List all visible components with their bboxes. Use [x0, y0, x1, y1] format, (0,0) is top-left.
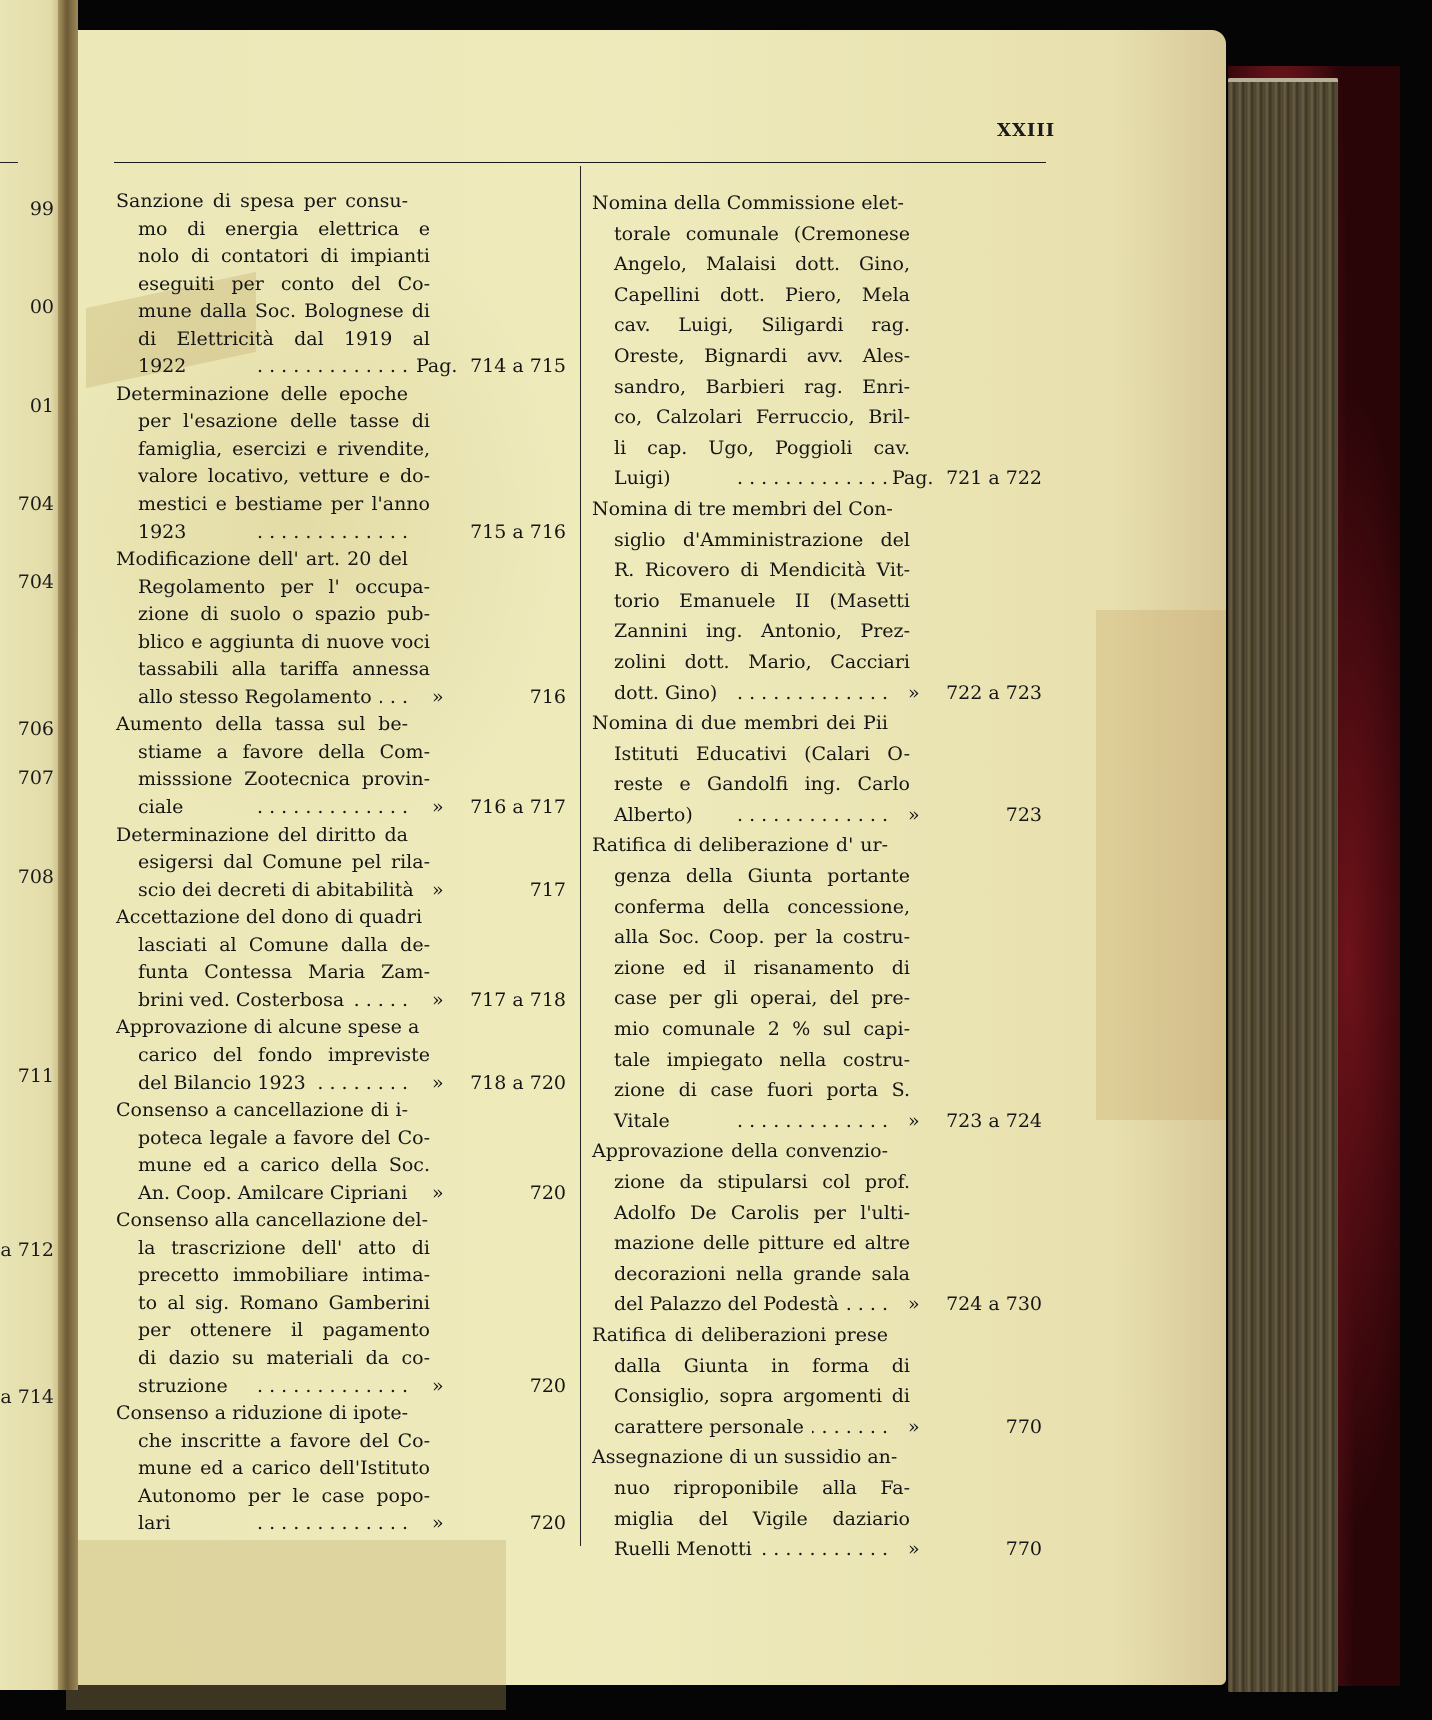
entry-text-line: ciale [116, 794, 191, 822]
previous-page-rule [0, 162, 18, 163]
page-reference: »770 [892, 1534, 1042, 1565]
dot-leader: . . . . . . . . . . . . . [847, 1289, 888, 1320]
entry-text-line: Approvazione della convenzio- [592, 1136, 888, 1167]
entry-text-line: Ruelli Menotti [592, 1534, 760, 1565]
previous-page-ref: 711 [18, 1065, 54, 1087]
index-entry: Aumento della tassa sul be-stiame a favo… [116, 711, 430, 821]
ditto-mark: » [908, 800, 920, 831]
entry-text-line: zione di suolo o spazio pub- [116, 601, 430, 629]
ditto-mark: » [432, 1180, 444, 1208]
index-entry: Consenso alla cancellazione del-la trasc… [116, 1207, 430, 1400]
entry-text-line: mazione delle pitture ed altre [592, 1228, 910, 1259]
page-reference: »717 a 718 [416, 987, 566, 1015]
entry-text-line: co, Calzolari Ferruccio, Bril- [592, 402, 910, 433]
entry-text-line: per l'esazione delle tasse di [116, 408, 430, 436]
entry-text-line: zione di case fuori porta S. [592, 1075, 910, 1106]
page-block-edge [1228, 78, 1338, 1692]
page-reference: »720 [416, 1510, 566, 1538]
entry-text-line: Alberto) [592, 800, 701, 831]
previous-page-ref: 00 [30, 296, 54, 318]
entry-text-line: Capellini dott. Piero, Mela [592, 280, 910, 311]
page-range: 720 [530, 1510, 566, 1538]
index-entry: Approvazione della convenzio-zione da st… [592, 1136, 910, 1320]
index-entry: Consenso a cancellazione di i-poteca leg… [116, 1097, 430, 1207]
entry-text-line: decorazioni nella grande sala [592, 1259, 910, 1290]
entry-text-line: tassabili alla tariffa annessa [116, 656, 430, 684]
entry-text-line: case per gli operai, del pre- [592, 983, 910, 1014]
entry-text-line: genza della Giunta portante [592, 861, 910, 892]
index-entry: Determinazione del diritto daesigersi da… [116, 822, 430, 905]
entry-text-line: dalla Giunta in forma di [592, 1351, 910, 1382]
page-reference: Pag.714 a 715 [416, 353, 566, 381]
entry-text-line: Ratifica di deliberazioni prese [592, 1320, 888, 1351]
page-range: 717 [530, 877, 566, 905]
dot-leader: . . . . . . . . . . . . . [194, 519, 408, 547]
dot-leader: . . . . . . . . . . . . . [191, 794, 408, 822]
entry-text-line: precetto immobiliare intima- [116, 1262, 430, 1290]
entry-text-line: 1923 [116, 519, 194, 547]
entry-text-line: Consenso a riduzione di ipote- [116, 1400, 408, 1428]
index-entry: Accettazione del dono di quadrilasciati … [116, 904, 430, 1014]
dot-leader: . . . . . . . . . . . . . [314, 1070, 408, 1098]
entry-text-line: mio comunale 2 % sul capi- [592, 1014, 910, 1045]
page-range: 722 a 723 [946, 678, 1042, 709]
entry-text-line: esigersi dal Comune pel rila- [116, 849, 430, 877]
page-range: 716 [530, 684, 566, 712]
entry-text-line: dott. Gino) [592, 678, 725, 709]
entry-text-line: tale impiegato nella costru- [592, 1045, 910, 1076]
entry-text-line: 1922 [116, 353, 194, 381]
index-entry: Nomina di due membri dei PiiIstituti Edu… [592, 708, 910, 830]
entry-text-line: Aumento della tassa sul be- [116, 711, 408, 739]
previous-page-ref: 01 [30, 395, 54, 417]
ditto-mark: » [432, 1070, 444, 1098]
index-column-left: Sanzione di spesa per consu-mo di energi… [116, 188, 430, 1538]
previous-page-ref: 708 [18, 866, 54, 888]
page-reference: »722 a 723 [892, 678, 1042, 709]
page-range: 716 a 717 [470, 794, 566, 822]
entry-text-line: to al sig. Romano Gamberini [116, 1290, 430, 1318]
ditto-mark: » [908, 1534, 920, 1565]
entry-text-line: Assegnazione di un sussidio an- [592, 1442, 888, 1473]
ditto-mark: » [432, 1373, 444, 1401]
index-entry: Nomina di tre membri del Con-siglio d'Am… [592, 494, 910, 708]
previous-page-ref: 704 [18, 571, 54, 593]
header-rule [114, 162, 1046, 163]
entry-text-line: Determinazione del diritto da [116, 822, 408, 850]
entry-text-line: Ratifica di deliberazione d' ur- [592, 830, 888, 861]
index-entry: Determinazione delle epocheper l'esazion… [116, 381, 430, 546]
entry-text-line: Nomina della Commissione elet- [592, 188, 888, 219]
previous-page-ref: 99 [30, 198, 54, 220]
page-reference: 715 a 716 [416, 519, 566, 547]
entry-text-line: li cap. Ugo, Poggioli cav. [592, 433, 910, 464]
entry-text-line: mo di energia elettrica e [116, 216, 430, 244]
entry-text-line: Oreste, Bignardi avv. Ales- [592, 341, 910, 372]
entry-text-line: Sanzione di spesa per consu- [116, 188, 408, 216]
book-gutter [58, 0, 78, 1690]
ditto-mark: » [432, 987, 444, 1015]
entry-text-line: mune ed a carico della Soc. [116, 1152, 430, 1180]
entry-text-line: Zannini ing. Antonio, Prez- [592, 616, 910, 647]
entry-text-line: An. Coop. Amilcare Cipriani [116, 1180, 416, 1208]
column-divider [580, 166, 581, 1546]
entry-text-line: conferma della concessione, [592, 892, 910, 923]
entry-text-line: Accettazione del dono di quadri [116, 904, 408, 932]
entry-text-line: lari [116, 1510, 179, 1538]
ditto-mark: » [432, 1510, 444, 1538]
page-reference: »720 [416, 1373, 566, 1401]
entry-text-line: per ottenere il pagamento [116, 1317, 430, 1345]
page-range: 770 [1006, 1412, 1042, 1443]
page-range: 720 [530, 1180, 566, 1208]
index-entry: Consenso a riduzione di ipote-che inscri… [116, 1400, 430, 1538]
index-entry: Ratifica di deliberazioni presedalla Giu… [592, 1320, 910, 1442]
entry-text-line: Adolfo De Carolis per l'ulti- [592, 1198, 910, 1229]
page-range: 717 a 718 [470, 987, 566, 1015]
page-range: 723 a 724 [946, 1106, 1042, 1137]
index-entry: Ratifica di deliberazione d' ur-genza de… [592, 830, 910, 1136]
entry-text-line: stiame a favore della Com- [116, 739, 430, 767]
entry-text-line: struzione [116, 1373, 236, 1401]
paper-stain [1096, 610, 1226, 1120]
dot-leader: . . . . . . . . . . . . . [380, 684, 408, 712]
entry-text-line: Approvazione di alcune spese a [116, 1014, 408, 1042]
page-reference: »720 [416, 1180, 566, 1208]
dot-leader: . . . . . . . . . . . . . [194, 353, 408, 381]
entry-text-line: Consiglio, sopra argomenti di [592, 1381, 910, 1412]
page-reference: »770 [892, 1412, 1042, 1443]
index-entry: Modificazione dell' art. 20 delRegolamen… [116, 546, 430, 711]
entry-text-line: Modificazione dell' art. 20 del [116, 546, 408, 574]
entry-text-line: poteca legale a favore del Co- [116, 1125, 430, 1153]
dot-leader: . . . . . . . . . . . . . [760, 1534, 888, 1565]
ditto-mark: » [908, 1106, 920, 1137]
pag-label: Pag. [416, 353, 457, 381]
page-number: XXIII [997, 120, 1055, 141]
entry-text-line: brini ved. Costerbosa [116, 987, 352, 1015]
entry-text-line: torio Emanuele II (Masetti [592, 586, 910, 617]
entry-text-line: torale comunale (Cremonese [592, 219, 910, 250]
entry-text-line: miglia del Vigile daziario [592, 1504, 910, 1535]
dot-leader: . . . . . . . . . . . . . [352, 987, 408, 1015]
page-range: 718 a 720 [470, 1070, 566, 1098]
entry-text-line: zolini dott. Mario, Cacciari [592, 647, 910, 678]
pag-label: Pag. [892, 463, 933, 494]
entry-text-line: Vitale [592, 1106, 678, 1137]
index-entry: Nomina della Commissione elet-torale com… [592, 188, 910, 494]
entry-text-line: R. Ricovero di Mendicità Vit- [592, 555, 910, 586]
entry-text-line: di dazio su materiali da co- [116, 1345, 430, 1373]
entry-text-line: del Palazzo del Podestà [592, 1289, 847, 1320]
entry-text-line: Nomina di due membri dei Pii [592, 708, 888, 739]
ditto-mark: » [908, 1412, 920, 1443]
page-reference: »724 a 730 [892, 1289, 1042, 1320]
entry-text-line: Istituti Educativi (Calari O- [592, 739, 910, 770]
entry-text-line: famiglia, esercizi e rivendite, [116, 436, 430, 464]
ditto-mark: » [432, 684, 444, 712]
entry-text-line: che inscritte a favore del Co- [116, 1428, 430, 1456]
entry-text-line: carattere personale [592, 1412, 812, 1443]
entry-text-line: zione ed il risanamento di [592, 953, 910, 984]
page-reference: »717 [416, 877, 566, 905]
page-range: 720 [530, 1373, 566, 1401]
entry-text-line: allo stesso Regolamento [116, 684, 380, 712]
entry-text-line: Consenso a cancellazione di i- [116, 1097, 408, 1125]
entry-text-line: Autonomo per le case popo- [116, 1483, 430, 1511]
page-reference: »723 a 724 [892, 1106, 1042, 1137]
page-reference: Pag.721 a 722 [892, 463, 1042, 494]
entry-text-line: Regolamento per l' occupa- [116, 574, 430, 602]
page-range: 770 [1006, 1534, 1042, 1565]
entry-text-line: carico del fondo impreviste [116, 1042, 430, 1070]
page-range: 723 [1006, 800, 1042, 831]
index-entry: Assegnazione di un sussidio an-nuo ripro… [592, 1442, 910, 1564]
page-range: 721 a 722 [946, 463, 1042, 494]
page-reference: »723 [892, 800, 1042, 831]
entry-text-line: eseguiti per conto del Co- [116, 271, 430, 299]
entry-text-line: lasciati al Comune dalla de- [116, 932, 430, 960]
entry-text-line: scio dei decreti di abitabilità [116, 877, 422, 905]
entry-text-line: cav. Luigi, Siligardi rag. [592, 310, 910, 341]
entry-text-line: siglio d'Amministrazione del [592, 525, 910, 556]
ditto-mark: » [908, 1289, 920, 1320]
entry-text-line: mestici e bestiame per l'anno [116, 491, 430, 519]
entry-text-line: nuo riproponibile alla Fa- [592, 1473, 910, 1504]
page-range: 724 a 730 [946, 1289, 1042, 1320]
previous-page-ref: a 712 [0, 1239, 54, 1261]
entry-text-line: nolo di contatori di impianti [116, 243, 430, 271]
entry-text-line: misssione Zootecnica provin- [116, 766, 430, 794]
page-reference: »718 a 720 [416, 1070, 566, 1098]
index-entry: Sanzione di spesa per consu-mo di energi… [116, 188, 430, 381]
dot-leader: . . . . . . . . . . . . . [701, 800, 888, 831]
entry-text-line: mune ed a carico dell'Istituto [116, 1455, 430, 1483]
page-reference: »716 a 717 [416, 794, 566, 822]
ditto-mark: » [432, 794, 444, 822]
previous-page-ref: a 714 [0, 1386, 54, 1408]
entry-text-line: reste e Gandolfi ing. Carlo [592, 769, 910, 800]
ditto-mark: » [432, 877, 444, 905]
entry-text-line: blico e aggiunta di nuove voci [116, 629, 430, 657]
page-range: 714 a 715 [470, 353, 566, 381]
page-reference: »716 [416, 684, 566, 712]
entry-text-line: funta Contessa Maria Zam- [116, 959, 430, 987]
index-column-right: Nomina della Commissione elet-torale com… [592, 188, 910, 1565]
entry-text-line: Consenso alla cancellazione del- [116, 1207, 408, 1235]
dot-leader: . . . . . . . . . . . . . [679, 463, 888, 494]
index-entry: Approvazione di alcune spese acarico del… [116, 1014, 430, 1097]
entry-text-line: valore locativo, vetture e do- [116, 463, 430, 491]
entry-text-line: Determinazione delle epoche [116, 381, 408, 409]
ditto-mark: » [908, 678, 920, 709]
dot-leader: . . . . . . . . . . . . . [236, 1373, 408, 1401]
paper-stain [66, 1540, 506, 1710]
entry-text-line: alla Soc. Coop. per la costru- [592, 922, 910, 953]
dot-leader: . . . . . . . . . . . . . [179, 1510, 408, 1538]
entry-text-line: del Bilancio 1923 [116, 1070, 314, 1098]
entry-text-line: mune dalla Soc. Bolognese di [116, 298, 430, 326]
entry-text-line: zione da stipularsi col prof. [592, 1167, 910, 1198]
entry-text-line: Luigi) [592, 463, 679, 494]
entry-text-line: Nomina di tre membri del Con- [592, 494, 888, 525]
entry-text-line: di Elettricità dal 1919 al [116, 326, 430, 354]
entry-text-line: sandro, Barbieri rag. Enri- [592, 372, 910, 403]
previous-page-ref: 704 [18, 493, 54, 515]
entry-text-line: la trascrizione dell' atto di [116, 1235, 430, 1263]
dot-leader: . . . . . . . . . . . . . [812, 1412, 888, 1443]
previous-page-ref: 707 [18, 767, 54, 789]
dot-leader: . . . . . . . . . . . . . [725, 678, 888, 709]
page-range: 715 a 716 [470, 519, 566, 547]
entry-text-line: Angelo, Malaisi dott. Gino, [592, 249, 910, 280]
previous-page-ref: 706 [18, 718, 54, 740]
dot-leader: . . . . . . . . . . . . . [678, 1106, 888, 1137]
